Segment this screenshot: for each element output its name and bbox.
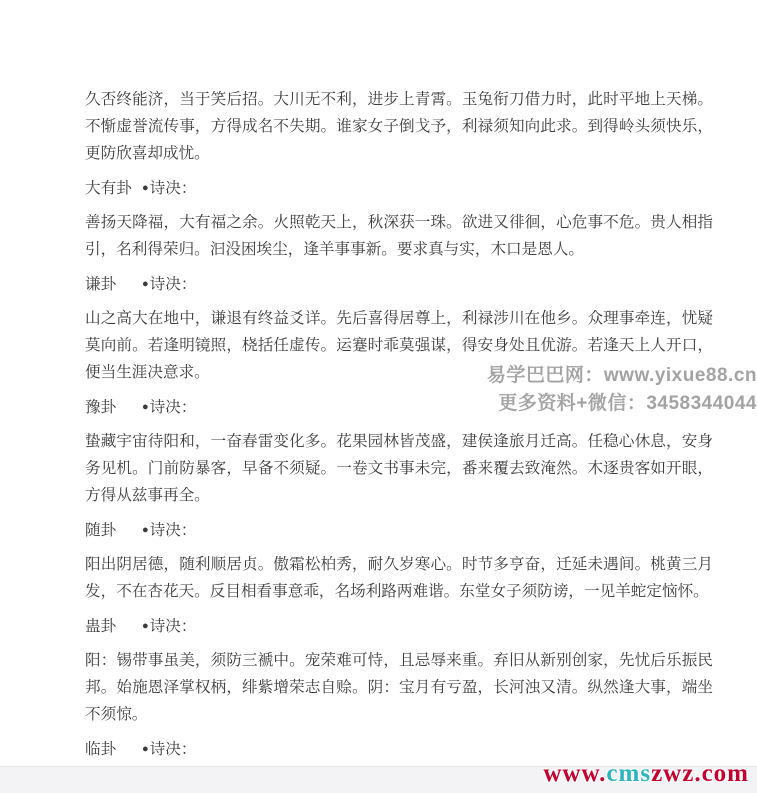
verse-label: 诗决： [150,180,197,197]
verse-label: 诗决： [150,741,197,758]
poem-paragraph: 山之高大在地中，谦退有终益爻详。先后喜得居尊上，利禄涉川在他乡。众理事牵连，忧疑… [85,305,713,386]
bullet-icon: ● [142,620,149,632]
verse-label: 诗决： [150,522,197,539]
hexagram-name: 谦卦 [85,271,142,298]
footer-site-logo: www.cmszwz.com [543,760,749,788]
footer-url-prefix: www. [543,760,606,787]
hexagram-header: 豫卦●诗决： [85,394,713,421]
verse-label: 诗决： [150,276,197,293]
footer-url-mid: cms [606,760,651,787]
poem-paragraph: 善扬天降福，大有福之余。火照乾天上，秋深获一珠。欲进又徘徊，心危事不危。贵人相指… [85,209,713,263]
hexagram-name: 随卦 [85,517,142,544]
hexagram-header: 蛊卦●诗决： [85,613,713,640]
hexagram-header: 大有卦●诗决： [85,175,713,202]
bullet-icon: ● [142,278,149,290]
hexagram-name: 临卦 [85,736,142,763]
document-page: 久否终能济，当于笑后招。大川无不利，进步上青霄。玉兔衔刀借力时，此时平地上天梯。… [85,86,713,770]
hexagram-header: 谦卦●诗决： [85,271,713,298]
bullet-icon: ● [142,182,149,194]
verse-label: 诗决： [150,399,197,416]
poem-paragraph: 久否终能济，当于笑后招。大川无不利，进步上青霄。玉兔衔刀借力时，此时平地上天梯。… [85,86,713,167]
hexagram-header: 临卦●诗决： [85,736,713,763]
bullet-icon: ● [142,743,149,755]
hexagram-name: 蛊卦 [85,613,142,640]
bullet-icon: ● [142,401,149,413]
hexagram-name: 豫卦 [85,394,142,421]
footer-url-suffix: zwz.com [651,760,749,787]
bullet-icon: ● [142,524,149,536]
hexagram-name: 大有卦 [85,175,142,202]
poem-paragraph: 阳：锡带事虽美，须防三褫中。宠荣难可恃，且忌辱来重。弃旧从新别创家，先忧后乐振民… [85,647,713,728]
poem-paragraph: 阳出阴居德，随利顺居贞。傲霜松柏秀，耐久岁寒心。时节多亨奋，迁延未遇间。桃黄三月… [85,551,713,605]
poem-paragraph: 蛰藏宇宙待阳和，一奋春雷变化多。花果园林皆茂盛，建侯逢旅月迁高。任稳心休息，安身… [85,428,713,509]
hexagram-header: 随卦●诗决： [85,517,713,544]
verse-label: 诗决： [150,618,197,635]
